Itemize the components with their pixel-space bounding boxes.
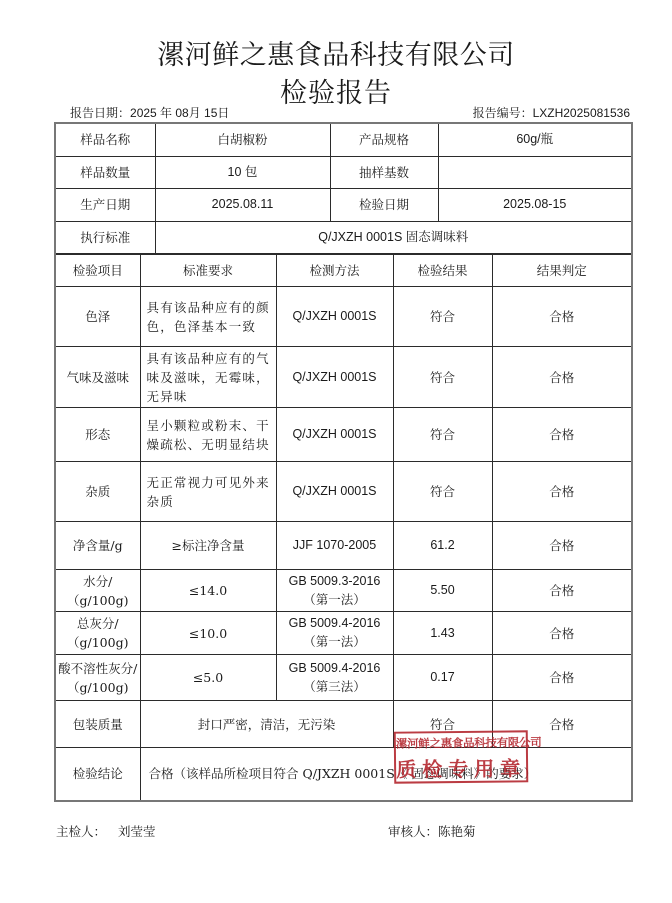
requirement: 具有该品种应有的气味及滋味，无霉味，无异味 <box>140 347 276 408</box>
production-date-label: 生产日期 <box>55 188 155 221</box>
item-name: 包装质量 <box>55 701 140 748</box>
requirement: 具有该品种应有的颜色，色泽基本一致 <box>140 287 276 347</box>
requirement: ≤14.0 <box>140 570 276 612</box>
requirement: ≥标注净含量 <box>140 522 276 570</box>
report-number-label: 报告编号： <box>473 106 533 120</box>
item-name: 净含量/g <box>55 522 140 570</box>
method: GB 5009.4-2016（第一法） <box>276 612 393 655</box>
quantity-value: 10 包 <box>155 156 330 188</box>
inspection-date-label: 检验日期 <box>330 188 438 221</box>
conclusion-label: 检验结论 <box>55 748 140 801</box>
method: JJF 1070-2005 <box>276 522 393 570</box>
requirement: ≤10.0 <box>140 612 276 655</box>
report-date-value: 2025 年 08月 15日 <box>130 106 229 120</box>
sampling-base-label: 抽样基数 <box>330 156 438 188</box>
report-number: 报告编号：LXZH2025081536 <box>473 104 630 121</box>
verdict: 合格 <box>492 570 632 612</box>
inspector-name: 刘莹莹 <box>118 824 156 839</box>
reviewer-label: 审核人： <box>388 824 438 839</box>
item-name: 杂质 <box>55 462 140 522</box>
sample-name-value: 白胡椒粉 <box>155 123 330 156</box>
table-row: 色泽 具有该品种应有的颜色，色泽基本一致 Q/JXZH 0001S 符合 合格 <box>55 287 632 347</box>
result: 61.2 <box>393 522 492 570</box>
table-row: 形态 呈小颗粒或粉末、干燥疏松、无明显结块 Q/JXZH 0001S 符合 合格 <box>55 408 632 462</box>
reviewer-signature: 审核人：陈艳菊 <box>388 822 476 840</box>
inspector-signature: 主检人： 刘莹莹 <box>56 822 155 840</box>
spec-label: 产品规格 <box>330 123 438 156</box>
conclusion-row: 检验结论 合格（该样品所检项目符合 Q/JXZH 0001S《 固态调味料》的要… <box>55 748 632 801</box>
requirement: 无正常视力可见外来杂质 <box>140 462 276 522</box>
item-name: 水分/（g/100g) <box>55 570 140 612</box>
result: 符合 <box>393 287 492 347</box>
verdict: 合格 <box>492 701 632 748</box>
verdict: 合格 <box>492 347 632 408</box>
method: GB 5009.3-2016（第一法） <box>276 570 393 612</box>
report-date-label: 报告日期： <box>70 106 130 120</box>
method: Q/JXZH 0001S <box>276 462 393 522</box>
result: 0.17 <box>393 655 492 701</box>
results-header-row: 检验项目 标准要求 检测方法 检验结果 结果判定 <box>55 254 632 287</box>
sample-name-label: 样品名称 <box>55 123 155 156</box>
item-name: 色泽 <box>55 287 140 347</box>
report-number-value: LXZH2025081536 <box>533 106 630 120</box>
method: Q/JXZH 0001S <box>276 347 393 408</box>
spec-value: 60g/瓶 <box>438 123 632 156</box>
packaging-row: 包装质量 封口严密，清洁，无污染 符合 合格 <box>55 701 632 748</box>
sampling-base-value <box>438 156 632 188</box>
verdict: 合格 <box>492 462 632 522</box>
report-date: 报告日期：2025 年 08月 15日 <box>70 104 229 121</box>
conclusion-text: 合格（该样品所检项目符合 Q/JXZH 0001S《 固态调味料》的要求） <box>140 748 632 801</box>
requirement: 封口严密，清洁，无污染 <box>140 701 393 748</box>
result: 1.43 <box>393 612 492 655</box>
reviewer-name: 陈艳菊 <box>438 824 476 839</box>
result: 5.50 <box>393 570 492 612</box>
item-name: 形态 <box>55 408 140 462</box>
table-row: 酸不溶性灰分/（g/100g) ≤5.0 GB 5009.4-2016（第三法）… <box>55 655 632 701</box>
method: Q/JXZH 0001S <box>276 408 393 462</box>
table-row: 总灰分/（g/100g) ≤10.0 GB 5009.4-2016（第一法） 1… <box>55 612 632 655</box>
standard-label: 执行标准 <box>55 221 155 254</box>
table-row: 水分/（g/100g) ≤14.0 GB 5009.3-2016（第一法） 5.… <box>55 570 632 612</box>
production-date-value: 2025.08.11 <box>155 188 330 221</box>
quantity-label: 样品数量 <box>55 156 155 188</box>
table-row: 气味及滋味 具有该品种应有的气味及滋味，无霉味，无异味 Q/JXZH 0001S… <box>55 347 632 408</box>
method: GB 5009.4-2016（第三法） <box>276 655 393 701</box>
column-header: 结果判定 <box>492 254 632 287</box>
column-header: 检验结果 <box>393 254 492 287</box>
column-header: 检测方法 <box>276 254 393 287</box>
verdict: 合格 <box>492 408 632 462</box>
method: Q/JXZH 0001S <box>276 287 393 347</box>
verdict: 合格 <box>492 287 632 347</box>
info-row: 生产日期 2025.08.11 检验日期 2025.08-15 <box>55 188 632 221</box>
inspector-label: 主检人： <box>56 824 106 839</box>
sample-info-table: 样品名称 白胡椒粉 产品规格 60g/瓶 样品数量 10 包 抽样基数 生产日期… <box>54 122 633 255</box>
item-name: 总灰分/（g/100g) <box>55 612 140 655</box>
results-table: 检验项目 标准要求 检测方法 检验结果 结果判定 色泽 具有该品种应有的颜色，色… <box>54 253 633 802</box>
info-row: 样品名称 白胡椒粉 产品规格 60g/瓶 <box>55 123 632 156</box>
info-row: 执行标准 Q/JXZH 0001S 固态调味料 <box>55 221 632 254</box>
company-name: 漯河鲜之惠食品科技有限公司 <box>0 33 672 72</box>
table-row: 杂质 无正常视力可见外来杂质 Q/JXZH 0001S 符合 合格 <box>55 462 632 522</box>
verdict: 合格 <box>492 612 632 655</box>
inspection-date-value: 2025.08-15 <box>438 188 632 221</box>
item-name: 气味及滋味 <box>55 347 140 408</box>
result: 符合 <box>393 462 492 522</box>
result: 符合 <box>393 408 492 462</box>
column-header: 检验项目 <box>55 254 140 287</box>
column-header: 标准要求 <box>140 254 276 287</box>
requirement: ≤5.0 <box>140 655 276 701</box>
standard-value: Q/JXZH 0001S 固态调味料 <box>155 221 632 254</box>
item-name: 酸不溶性灰分/（g/100g) <box>55 655 140 701</box>
verdict: 合格 <box>492 655 632 701</box>
verdict: 合格 <box>492 522 632 570</box>
requirement: 呈小颗粒或粉末、干燥疏松、无明显结块 <box>140 408 276 462</box>
table-row: 净含量/g ≥标注净含量 JJF 1070-2005 61.2 合格 <box>55 522 632 570</box>
info-row: 样品数量 10 包 抽样基数 <box>55 156 632 188</box>
result: 符合 <box>393 701 492 748</box>
result: 符合 <box>393 347 492 408</box>
